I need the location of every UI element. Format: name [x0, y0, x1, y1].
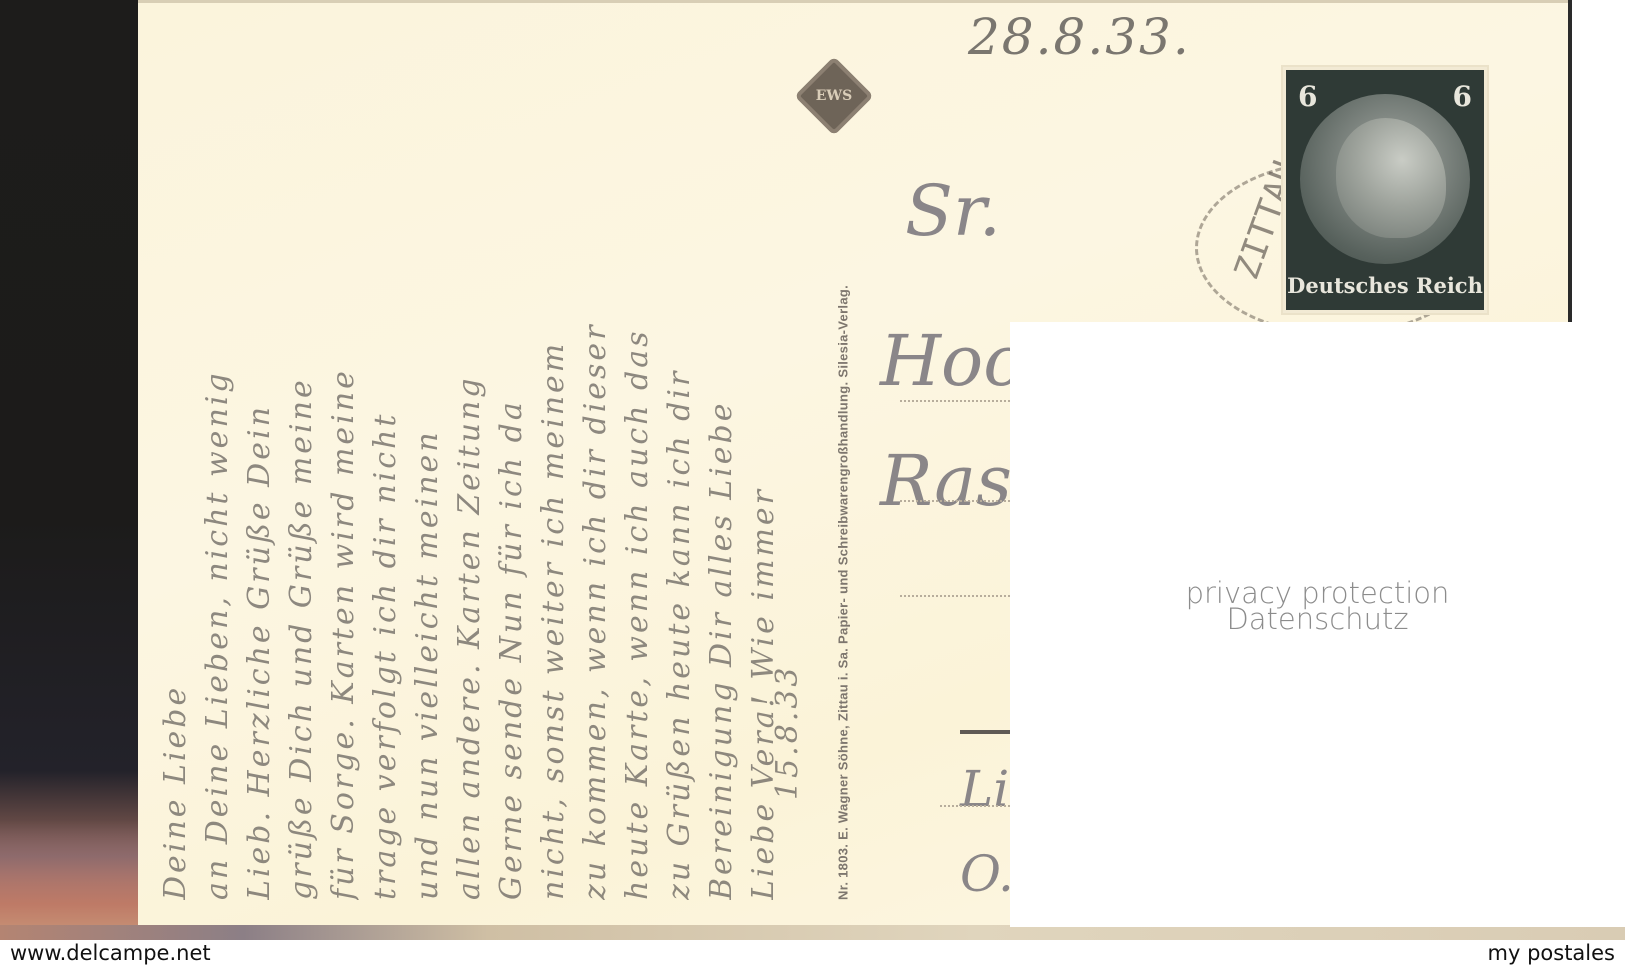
watermark-mypostales: my postales — [1488, 941, 1615, 965]
address-line-5: O. — [960, 845, 1014, 903]
address-line-1: Sr. — [905, 170, 1001, 252]
card-bottom-edge — [0, 925, 1625, 940]
publisher-logo-icon: EWS — [794, 56, 873, 135]
hindenburg-portrait-icon — [1300, 94, 1470, 264]
dark-background — [0, 0, 145, 940]
message-line: heute Karte, wenn ich auch das — [620, 60, 658, 900]
watermark-delcampe: www.delcampe.net — [10, 941, 211, 965]
address-dotted-line — [900, 400, 1010, 402]
message-line: zu Grüßen heute kann ich dir — [662, 60, 700, 900]
stamp-value-left: 6 — [1298, 80, 1317, 113]
publisher-logo-text: EWS — [806, 68, 862, 124]
message-line: Lieb. Herzliche Grüße Dein — [242, 60, 280, 900]
privacy-text: privacy protection Datenschutz — [1010, 580, 1625, 632]
message-date: 15.8.33 — [770, 380, 808, 800]
privacy-overlay: privacy protection Datenschutz — [1010, 322, 1625, 927]
message-line: für Sorge. Karten wird meine — [326, 60, 364, 900]
message-line: nicht, sonst weiter ich meinem — [536, 60, 574, 900]
portrait-head — [1336, 118, 1446, 238]
handwritten-message: Deine Liebe an Deine Lieben, nicht wenig… — [150, 60, 810, 900]
address-solid-line — [960, 730, 1010, 734]
postage-stamp: 6 6 Deutsches Reich — [1283, 67, 1487, 313]
message-line: trage verfolgt ich dir nicht — [368, 60, 406, 900]
message-line: Bereinigung Dir alles Liebe — [704, 60, 742, 900]
address-dotted-line — [900, 595, 1010, 597]
message-line: grüße Dich und Grüße meine — [284, 60, 322, 900]
message-line: zu kommen, wenn ich dir dieser — [578, 60, 616, 900]
address-dotted-line — [940, 805, 1010, 807]
background-color-strip — [0, 820, 145, 940]
message-line: allen andere. Karten Zeitung — [452, 60, 490, 900]
address-line-4: Li — [960, 760, 1009, 818]
publisher-imprint: Nr. 1803. E. Wagner Söhne, Zittau i. Sa.… — [832, 150, 854, 900]
message-line: Deine Liebe — [158, 60, 196, 900]
stamp-value-right: 6 — [1453, 80, 1472, 113]
message-line: und nun vielleicht meinen — [410, 60, 448, 900]
postmark-date-handwritten: 28.8.33. — [968, 8, 1191, 66]
privacy-line-de: Datenschutz — [1010, 606, 1625, 632]
address-dotted-line — [900, 500, 1010, 502]
stamp-country: Deutsches Reich — [1286, 273, 1484, 298]
card-right-edge — [1568, 0, 1625, 322]
message-line: an Deine Lieben, nicht wenig — [200, 60, 238, 900]
message-line: Gerne sende Nun für ich da — [494, 60, 532, 900]
